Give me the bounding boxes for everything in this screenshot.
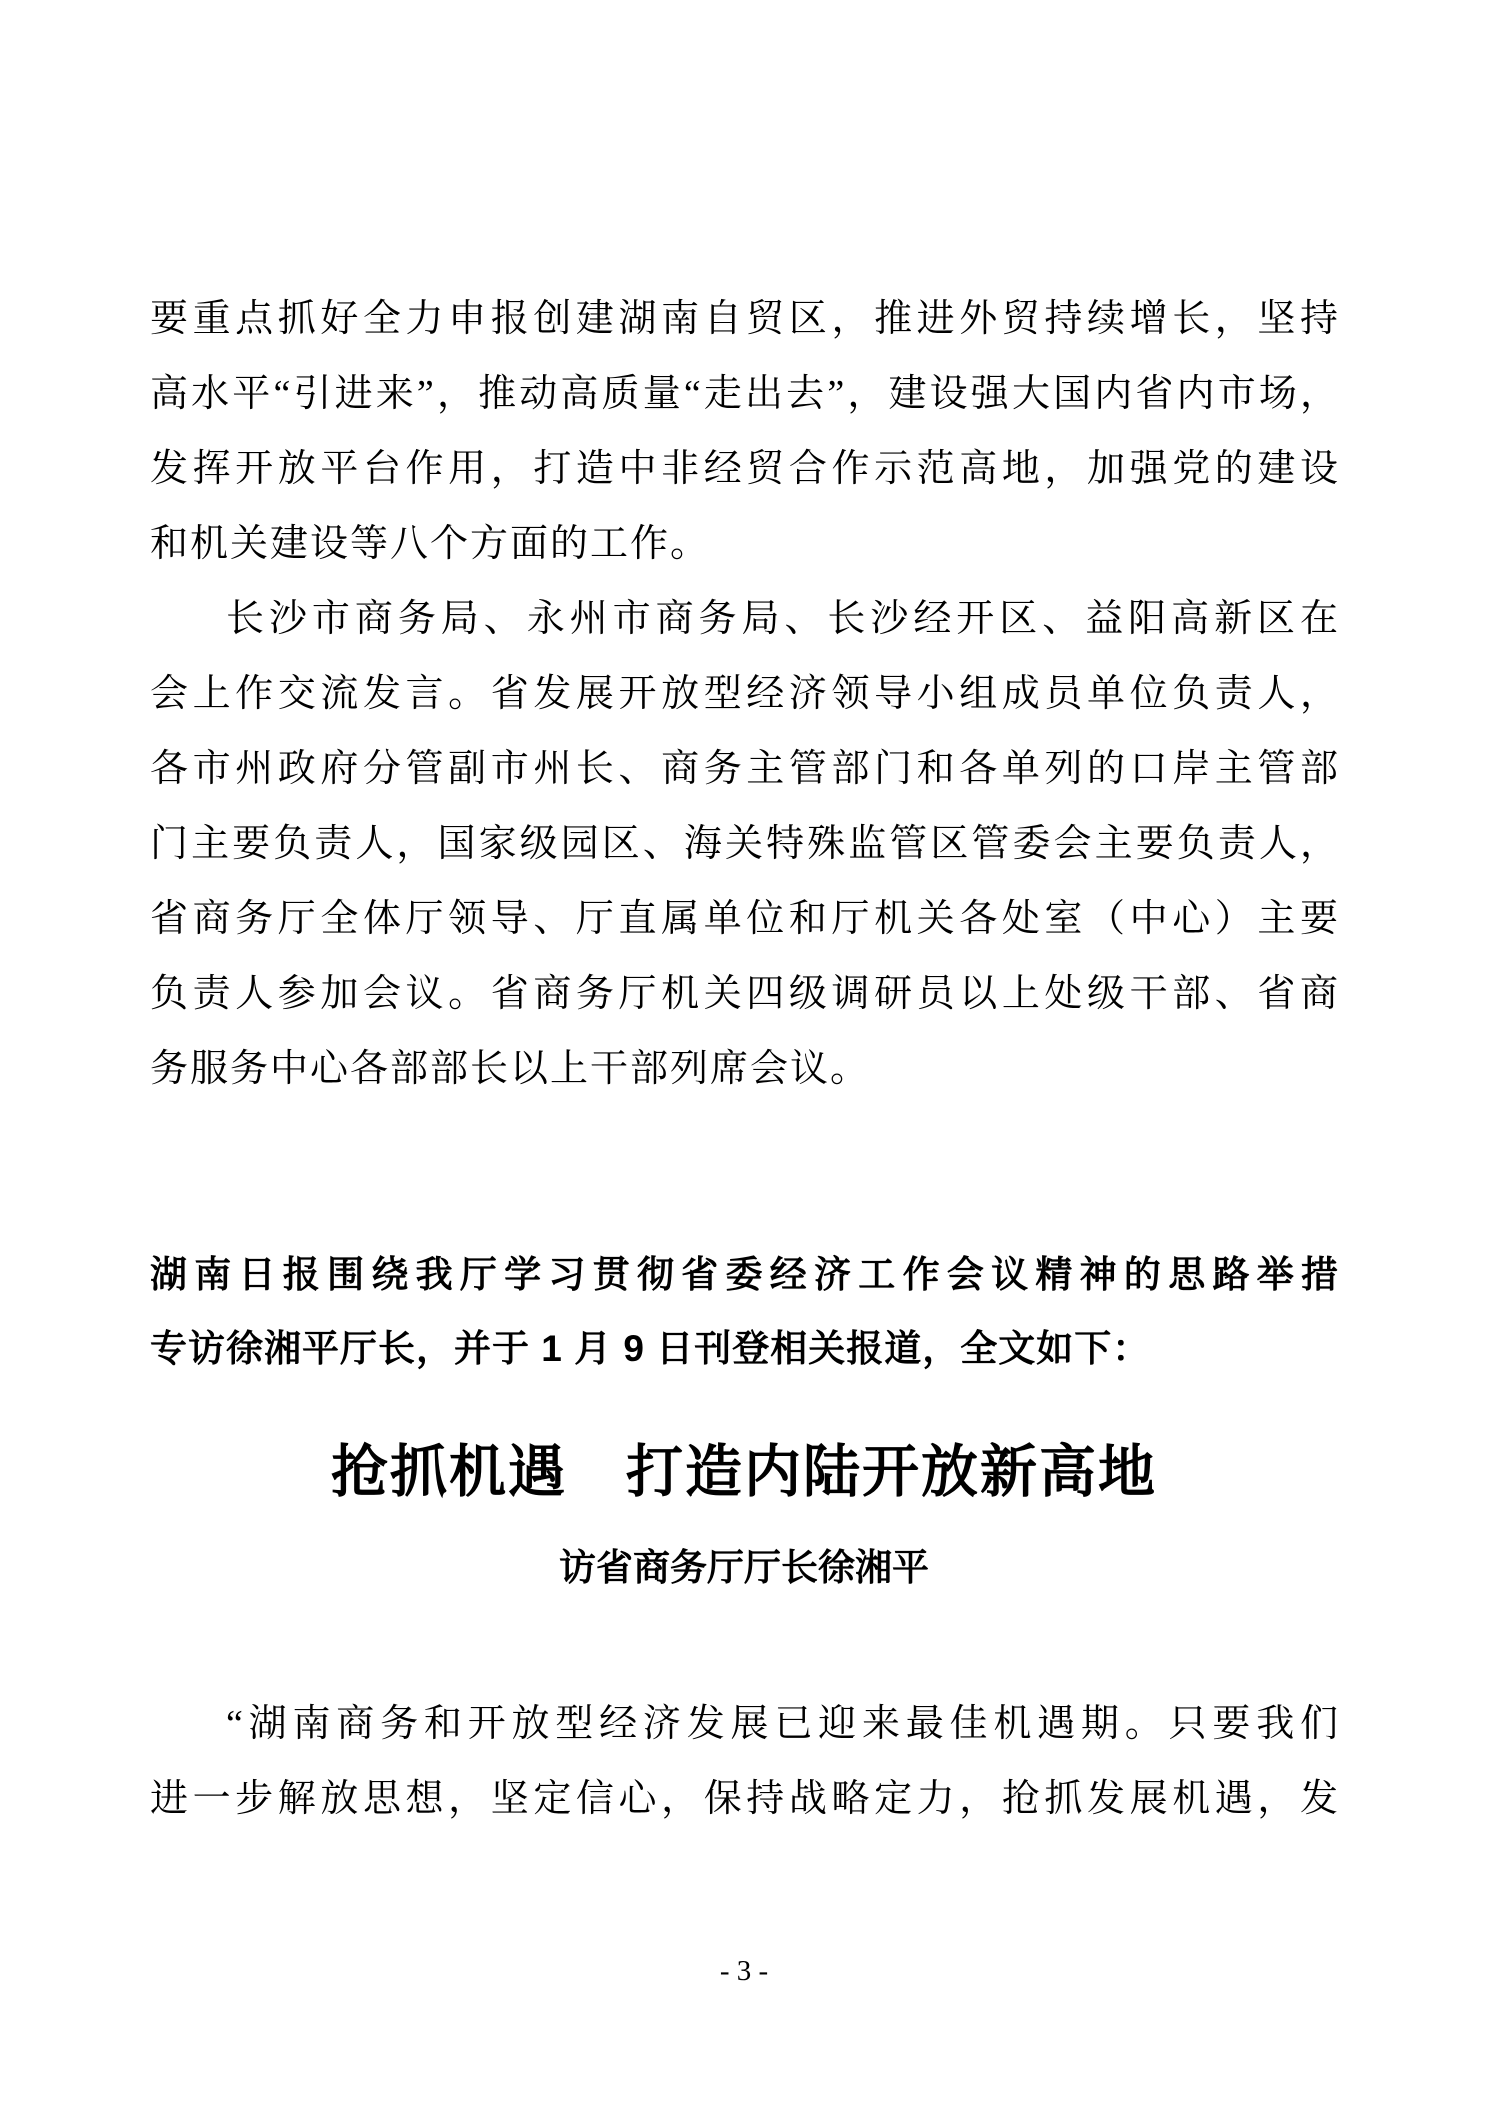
paragraph-line: 进一步解放思想，坚定信心，保持战略定力，抢抓发展机遇，发 bbox=[150, 1762, 1338, 1837]
paragraph-line: 会上作交流发言。省发展开放型经济领导小组成员单位负责人， bbox=[150, 657, 1338, 732]
page-number: - 3 - bbox=[0, 1955, 1488, 1988]
paragraph-line: 门主要负责人，国家级园区、海关特殊监管区管委会主要负责人， bbox=[150, 807, 1338, 882]
article-subtitle: 访省商务厅厅长徐湘平 bbox=[150, 1538, 1338, 1598]
paragraph-line: 发挥开放平台作用，打造中非经贸合作示范高地，加强党的建设 bbox=[150, 432, 1338, 507]
paragraph-line: “湖南商务和开放型经济发展已迎来最佳机遇期。只要我们 bbox=[150, 1687, 1338, 1762]
paragraph-line: 各市州政府分管副市州长、商务主管部门和各单列的口岸主管部 bbox=[150, 732, 1338, 807]
paragraph-line: 湖南日报围绕我厅学习贯彻省委经济工作会议精神的思路举措 bbox=[150, 1238, 1338, 1312]
document-body: 要重点抓好全力申报创建湖南自贸区，推进外贸持续增长，坚持 高水平“引进来”，推动… bbox=[150, 282, 1338, 1837]
paragraph-line: 长沙市商务局、永州市商务局、长沙经开区、益阳高新区在 bbox=[150, 582, 1338, 657]
paragraph-attendees: 长沙市商务局、永州市商务局、长沙经开区、益阳高新区在 会上作交流发言。省发展开放… bbox=[150, 582, 1338, 1107]
paragraph-continuation: 要重点抓好全力申报创建湖南自贸区，推进外贸持续增长，坚持 高水平“引进来”，推动… bbox=[150, 282, 1338, 582]
paragraph-press-intro: 湖南日报围绕我厅学习贯彻省委经济工作会议精神的思路举措 专访徐湘平厅长，并于 1… bbox=[150, 1238, 1338, 1386]
paragraph-line: 专访徐湘平厅长，并于 1 月 9 日刊登相关报道，全文如下： bbox=[150, 1312, 1338, 1386]
paragraph-line: 要重点抓好全力申报创建湖南自贸区，推进外贸持续增长，坚持 bbox=[150, 282, 1338, 357]
article-title: 抢抓机遇 打造内陆开放新高地 bbox=[150, 1433, 1338, 1513]
paragraph-line: 务服务中心各部部长以上干部列席会议。 bbox=[150, 1032, 1338, 1107]
paragraph-interview: “湖南商务和开放型经济发展已迎来最佳机遇期。只要我们 进一步解放思想，坚定信心，… bbox=[150, 1687, 1338, 1837]
paragraph-line: 高水平“引进来”，推动高质量“走出去”，建设强大国内省内市场， bbox=[150, 357, 1338, 432]
document-page: 要重点抓好全力申报创建湖南自贸区，推进外贸持续增长，坚持 高水平“引进来”，推动… bbox=[0, 0, 1488, 2105]
paragraph-line: 省商务厅全体厅领导、厅直属单位和厅机关各处室（中心）主要 bbox=[150, 882, 1338, 957]
paragraph-line: 负责人参加会议。省商务厅机关四级调研员以上处级干部、省商 bbox=[150, 957, 1338, 1032]
paragraph-line: 和机关建设等八个方面的工作。 bbox=[150, 507, 1338, 582]
